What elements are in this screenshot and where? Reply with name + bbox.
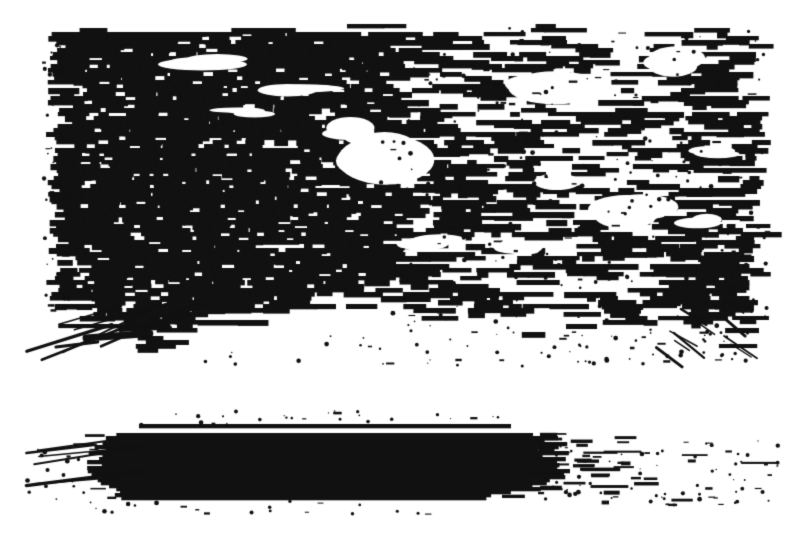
- grunge-brush-strokes-image: [0, 0, 800, 556]
- brush-stroke-canvas: [0, 0, 800, 556]
